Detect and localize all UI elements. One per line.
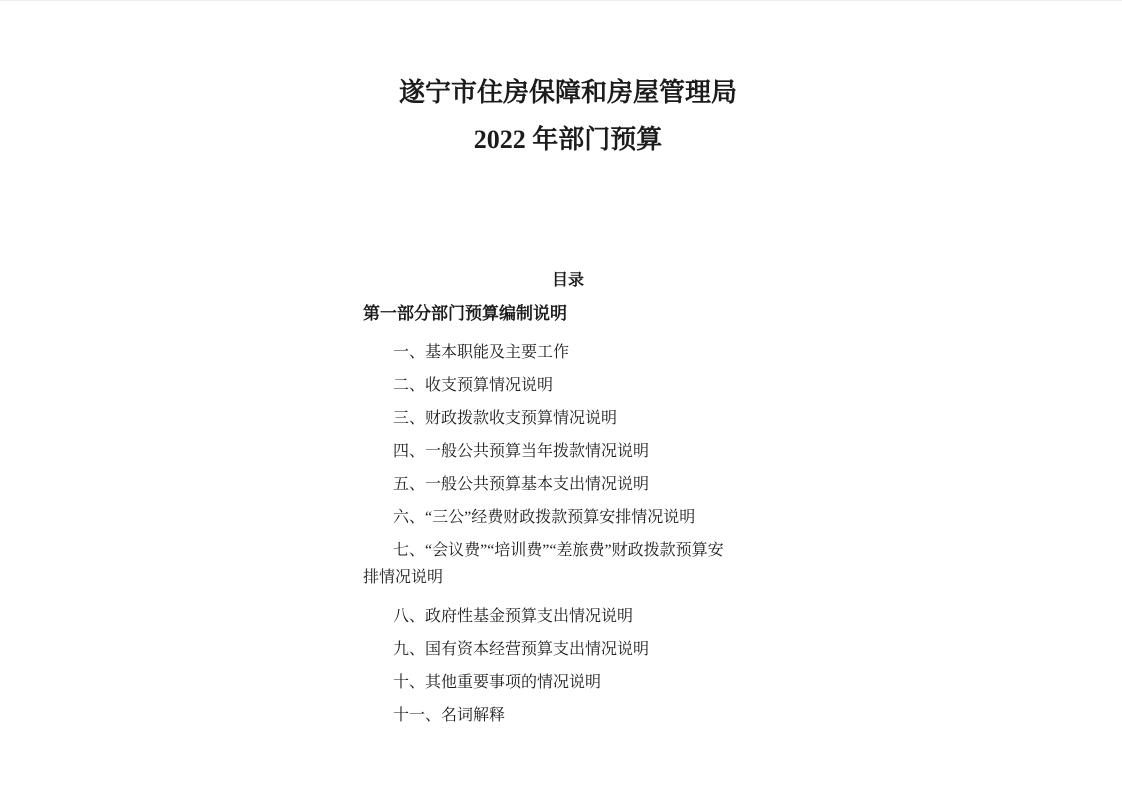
document-page: 遂宁市住房保障和房屋管理局 2022 年部门预算 目录 第一部分部门预算编制说明… [0,0,1122,793]
toc-item-1: 一、基本职能及主要工作 [363,336,773,369]
document-title-line1: 遂宁市住房保障和房屋管理局 [363,77,773,109]
toc-item-4: 四、一般公共预算当年拨款情况说明 [363,435,773,468]
toc-item-5: 五、一般公共预算基本支出情况说明 [363,468,773,501]
toc-item-6: 六、“三公”经费财政拨款预算安排情况说明 [363,501,773,534]
toc-item-2: 二、收支预算情况说明 [363,369,773,402]
toc-list: 一、基本职能及主要工作 二、收支预算情况说明 三、财政拨款收支预算情况说明 四、… [363,336,773,732]
toc-item-9: 九、国有资本经营预算支出情况说明 [363,633,773,666]
document-content-column: 遂宁市住房保障和房屋管理局 2022 年部门预算 目录 第一部分部门预算编制说明… [363,1,773,732]
toc-item-8: 八、政府性基金预算支出情况说明 [363,600,773,633]
toc-heading: 目录 [363,271,773,291]
toc-item-11: 十一、名词解释 [363,699,773,732]
toc-item-3: 三、财政拨款收支预算情况说明 [363,402,773,435]
document-title-line2: 2022 年部门预算 [363,124,773,156]
toc-part-heading: 第一部分部门预算编制说明 [363,303,773,324]
toc-item-10: 十、其他重要事项的情况说明 [363,666,773,699]
